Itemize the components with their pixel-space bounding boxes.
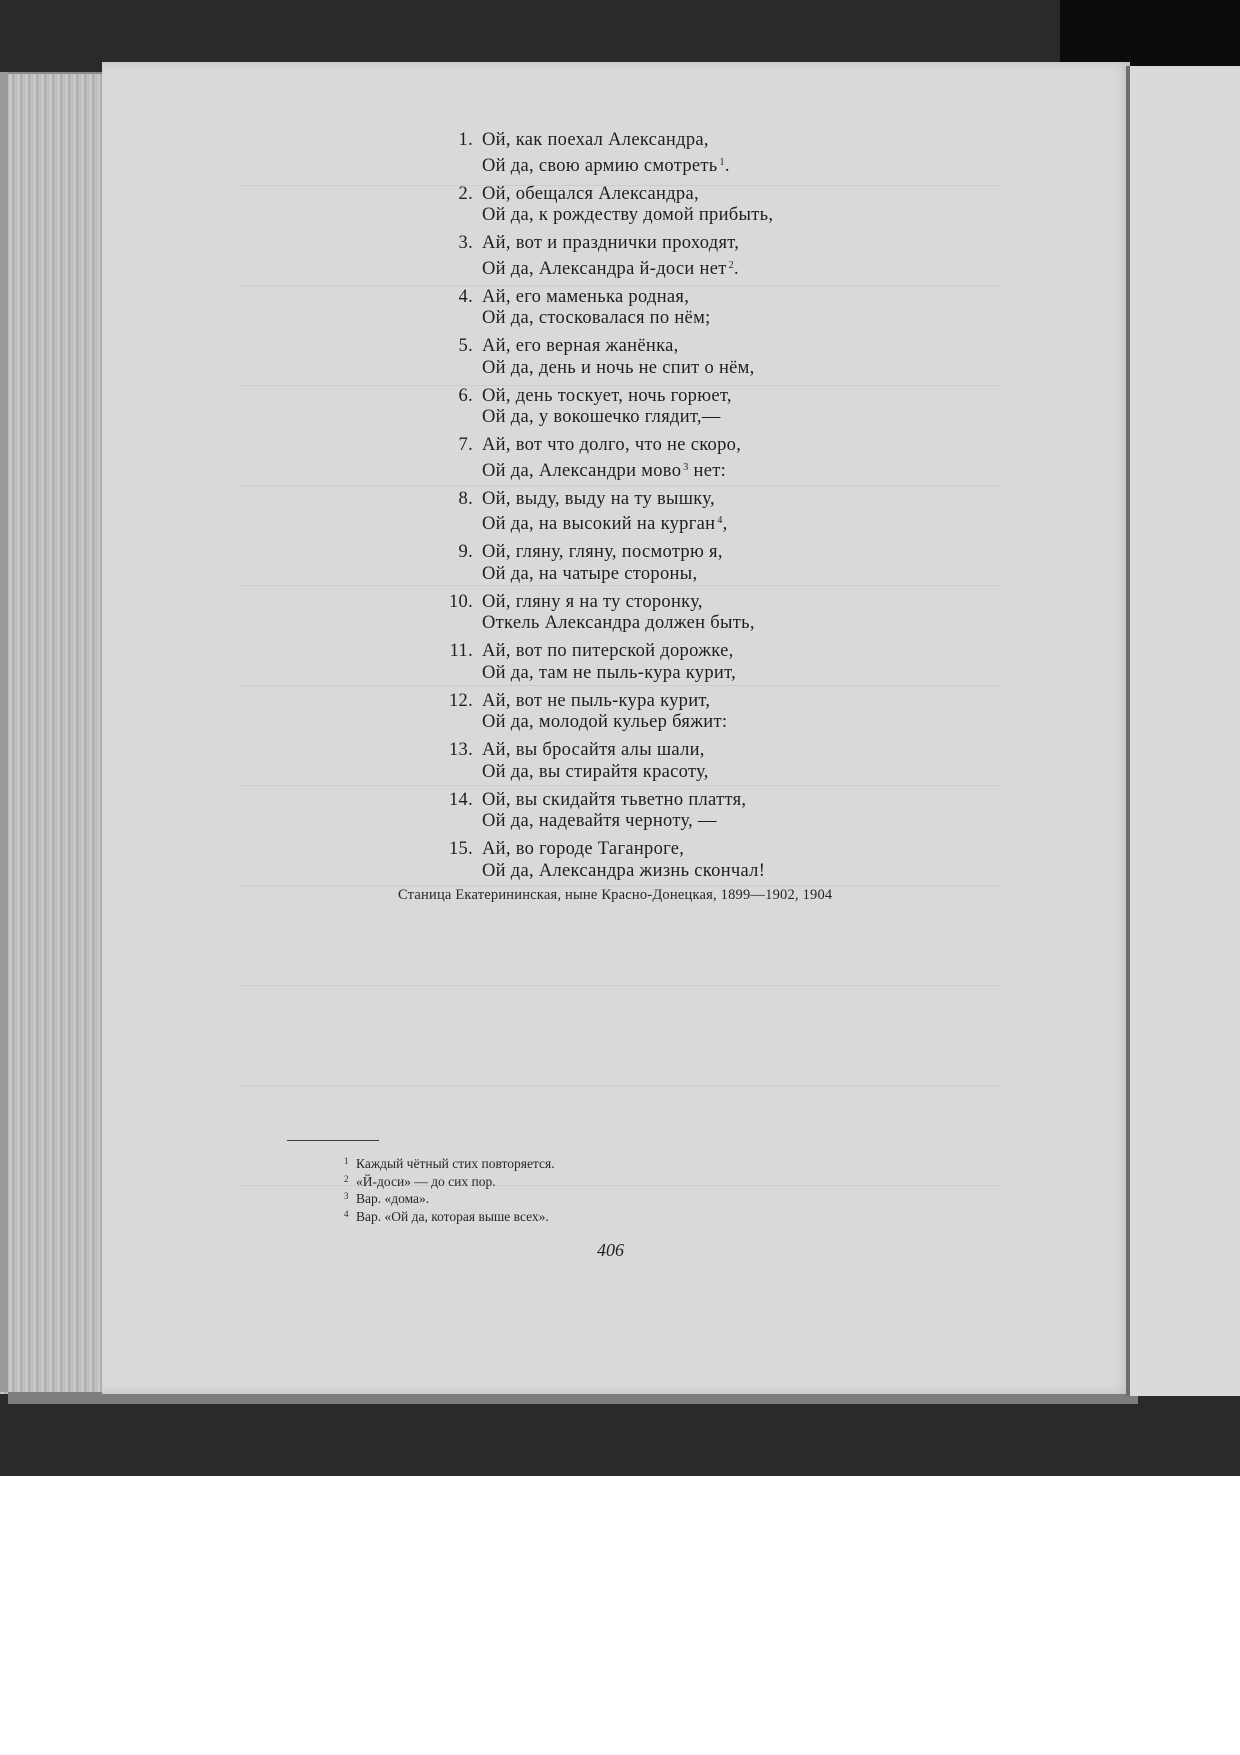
verse-line: Ой да, у вокошечко глядит,— [430, 407, 850, 429]
footnote-text: «Й-доси» — до сих пор. [356, 1174, 496, 1189]
footnote: 1Каждый чётный стих повторяется. [344, 1154, 555, 1172]
verse-line-text: Ой да, Александра й-доси нет [482, 259, 727, 279]
stanza: 2.Ой, обещался Александра,Ой да, к рожде… [430, 184, 850, 227]
stanza: 15.Ай, во городе Таганроге,Ой да, Алекса… [430, 839, 850, 882]
verse-line-text: Ой да, к рождеству домой прибыть, [482, 205, 773, 225]
stanza-number: 8. [433, 489, 473, 510]
stanza-number: 7. [433, 435, 473, 456]
stanza: 6.Ой, день тоскует, ночь горюет,Ой да, у… [430, 386, 850, 429]
stanza: 5.Ай, его верная жанёнка,Ой да, день и н… [430, 336, 850, 379]
stanza-number: 10. [433, 592, 473, 613]
stanza-number: 6. [433, 386, 473, 407]
verse-line: Откель Александра должен быть, [430, 613, 850, 635]
footnote-text: Вар. «дома». [356, 1191, 429, 1206]
stanza-number: 12. [433, 691, 473, 712]
verse-line: Ой да, на высокий на курган4, [430, 510, 850, 536]
stanza-number: 9. [433, 542, 473, 563]
stanza-number: 4. [433, 287, 473, 308]
stanza: 13.Ай, вы бросайтя алы шали,Ой да, вы ст… [430, 740, 850, 783]
verse-line-text: Ой да, Александра жизнь скончал! [482, 861, 765, 881]
verse-line-punctuation: нет: [689, 461, 726, 481]
book-gutter [1126, 66, 1130, 1396]
verse-line-text: Ой да, день и ночь не спит о нём, [482, 358, 755, 378]
verse-line: Ой да, на чатыре стороны, [430, 564, 850, 586]
song-verses: 1.Ой, как поехал Александра,Ой да, свою … [430, 130, 850, 889]
footnote-rule [287, 1140, 379, 1141]
verse-line: Ай, вот что долго, что не скоро, [430, 435, 850, 457]
stanza: 10.Ой, гляну я на ту сторонку,Откель Але… [430, 592, 850, 635]
verse-line: Ой, вы скидайтя тьветно плаття, [430, 790, 850, 812]
verse-line: Ой, гляну, гляну, посмотрю я, [430, 542, 850, 564]
stanza: 7.Ай, вот что долго, что не скоро,Ой да,… [430, 435, 850, 482]
verse-line: Ой, выду, выду на ту вышку, [430, 489, 850, 511]
verse-line-text: Ой да, Александри мово [482, 461, 681, 481]
book-cover-edge [0, 72, 8, 1392]
verse-line: Ай, вы бросайтя алы шали, [430, 740, 850, 762]
verse-line-text: Ой да, молодой кульер бяжит: [482, 712, 727, 732]
verse-line: Ой да, вы стирайтя красоту, [430, 762, 850, 784]
verse-line-text: Ой да, вы стирайтя красоту, [482, 762, 709, 782]
stanza-number: 3. [433, 233, 473, 254]
verse-line: Ой, день тоскует, ночь горюет, [430, 386, 850, 408]
verse-line: Ой да, молодой кульер бяжит: [430, 712, 850, 734]
stanza: 9.Ой, гляну, гляну, посмотрю я,Ой да, на… [430, 542, 850, 585]
footnote-mark: 3 [344, 1189, 356, 1204]
stanza-number: 11. [433, 641, 473, 662]
verse-line: Ой да, Александра й-доси нет2. [430, 255, 850, 281]
verse-line: Ой да, Александра жизнь скончал! [430, 861, 850, 883]
stanza: 8.Ой, выду, выду на ту вышку,Ой да, на в… [430, 489, 850, 536]
verse-line: Ай, вот не пыль-кура курит, [430, 691, 850, 713]
stanza: 4.Ай, его маменька родная,Ой да, стосков… [430, 287, 850, 330]
stanza-number: 5. [433, 336, 473, 357]
footnote-mark: 1 [344, 1154, 356, 1169]
verse-line: Ой да, свою армию смотреть1. [430, 152, 850, 178]
stanza: 1.Ой, как поехал Александра,Ой да, свою … [430, 130, 850, 177]
verse-line-text: Откель Александра должен быть, [482, 613, 755, 633]
verse-line-text: Ой да, свою армию смотреть [482, 156, 718, 176]
verse-line: Ой, обещался Александра, [430, 184, 850, 206]
verse-line: Ай, его верная жанёнка, [430, 336, 850, 358]
verse-line-text: Ой да, надевайтя черноту, — [482, 811, 717, 831]
verse-line: Ай, во городе Таганроге, [430, 839, 850, 861]
verse-line-text: Ой да, там не пыль-кура курит, [482, 663, 736, 683]
verse-line-punctuation: . [725, 156, 730, 176]
stanza: 3.Ай, вот и празднички проходят,Ой да, А… [430, 233, 850, 280]
verse-line: Ой, как поехал Александра, [430, 130, 850, 152]
verse-line-text: Ой да, на высокий на курган [482, 514, 715, 534]
verse-line-text: Ой да, стосковалася по нём; [482, 308, 711, 328]
source-attribution: Станица Екатерининская, ныне Красно-Доне… [398, 887, 832, 904]
footnote-text: Вар. «Ой да, которая выше всех». [356, 1209, 549, 1224]
facing-page [1130, 66, 1240, 1396]
page-number: 406 [597, 1240, 624, 1261]
footnote-text: Каждый чётный стих повторяется. [356, 1156, 555, 1171]
verse-line: Ой да, к рождеству домой прибыть, [430, 205, 850, 227]
verse-line: Ой, гляну я на ту сторонку, [430, 592, 850, 614]
verse-line-punctuation: , [723, 514, 728, 534]
verse-line: Ой да, там не пыль-кура курит, [430, 663, 850, 685]
verse-line-text: Ой да, на чатыре стороны, [482, 564, 697, 584]
stanza: 14.Ой, вы скидайтя тьветно плаття,Ой да,… [430, 790, 850, 833]
verse-line-punctuation: . [734, 259, 739, 279]
footnote-mark: 2 [344, 1172, 356, 1187]
stanza-number: 14. [433, 790, 473, 811]
book-page-stack-edge [0, 72, 102, 1394]
footnote: 4Вар. «Ой да, которая выше всех». [344, 1207, 555, 1225]
verse-line: Ой да, надевайтя черноту, — [430, 811, 850, 833]
stanza-number: 15. [433, 839, 473, 860]
stanza-number: 13. [433, 740, 473, 761]
stanza: 11.Ай, вот по питерской дорожке,Ой да, т… [430, 641, 850, 684]
verse-line-text: Ой да, у вокошечко глядит,— [482, 407, 721, 427]
footnotes: 1Каждый чётный стих повторяется.2«Й-доси… [344, 1154, 555, 1224]
footnote: 2«Й-доси» — до сих пор. [344, 1172, 555, 1190]
stanza-number: 2. [433, 184, 473, 205]
verse-line: Ай, его маменька родная, [430, 287, 850, 309]
footnote: 3Вар. «дома». [344, 1189, 555, 1207]
verse-line: Ой да, Александри мово3 нет: [430, 457, 850, 483]
scan-dark-corner [1060, 0, 1240, 70]
verse-line: Ай, вот и празднички проходят, [430, 233, 850, 255]
stanza-number: 1. [433, 130, 473, 151]
stanza: 12.Ай, вот не пыль-кура курит,Ой да, мол… [430, 691, 850, 734]
verse-line: Ой да, стосковалася по нём; [430, 308, 850, 330]
verse-line: Ой да, день и ночь не спит о нём, [430, 358, 850, 380]
verse-line: Ай, вот по питерской дорожке, [430, 641, 850, 663]
footnote-mark: 4 [344, 1207, 356, 1222]
